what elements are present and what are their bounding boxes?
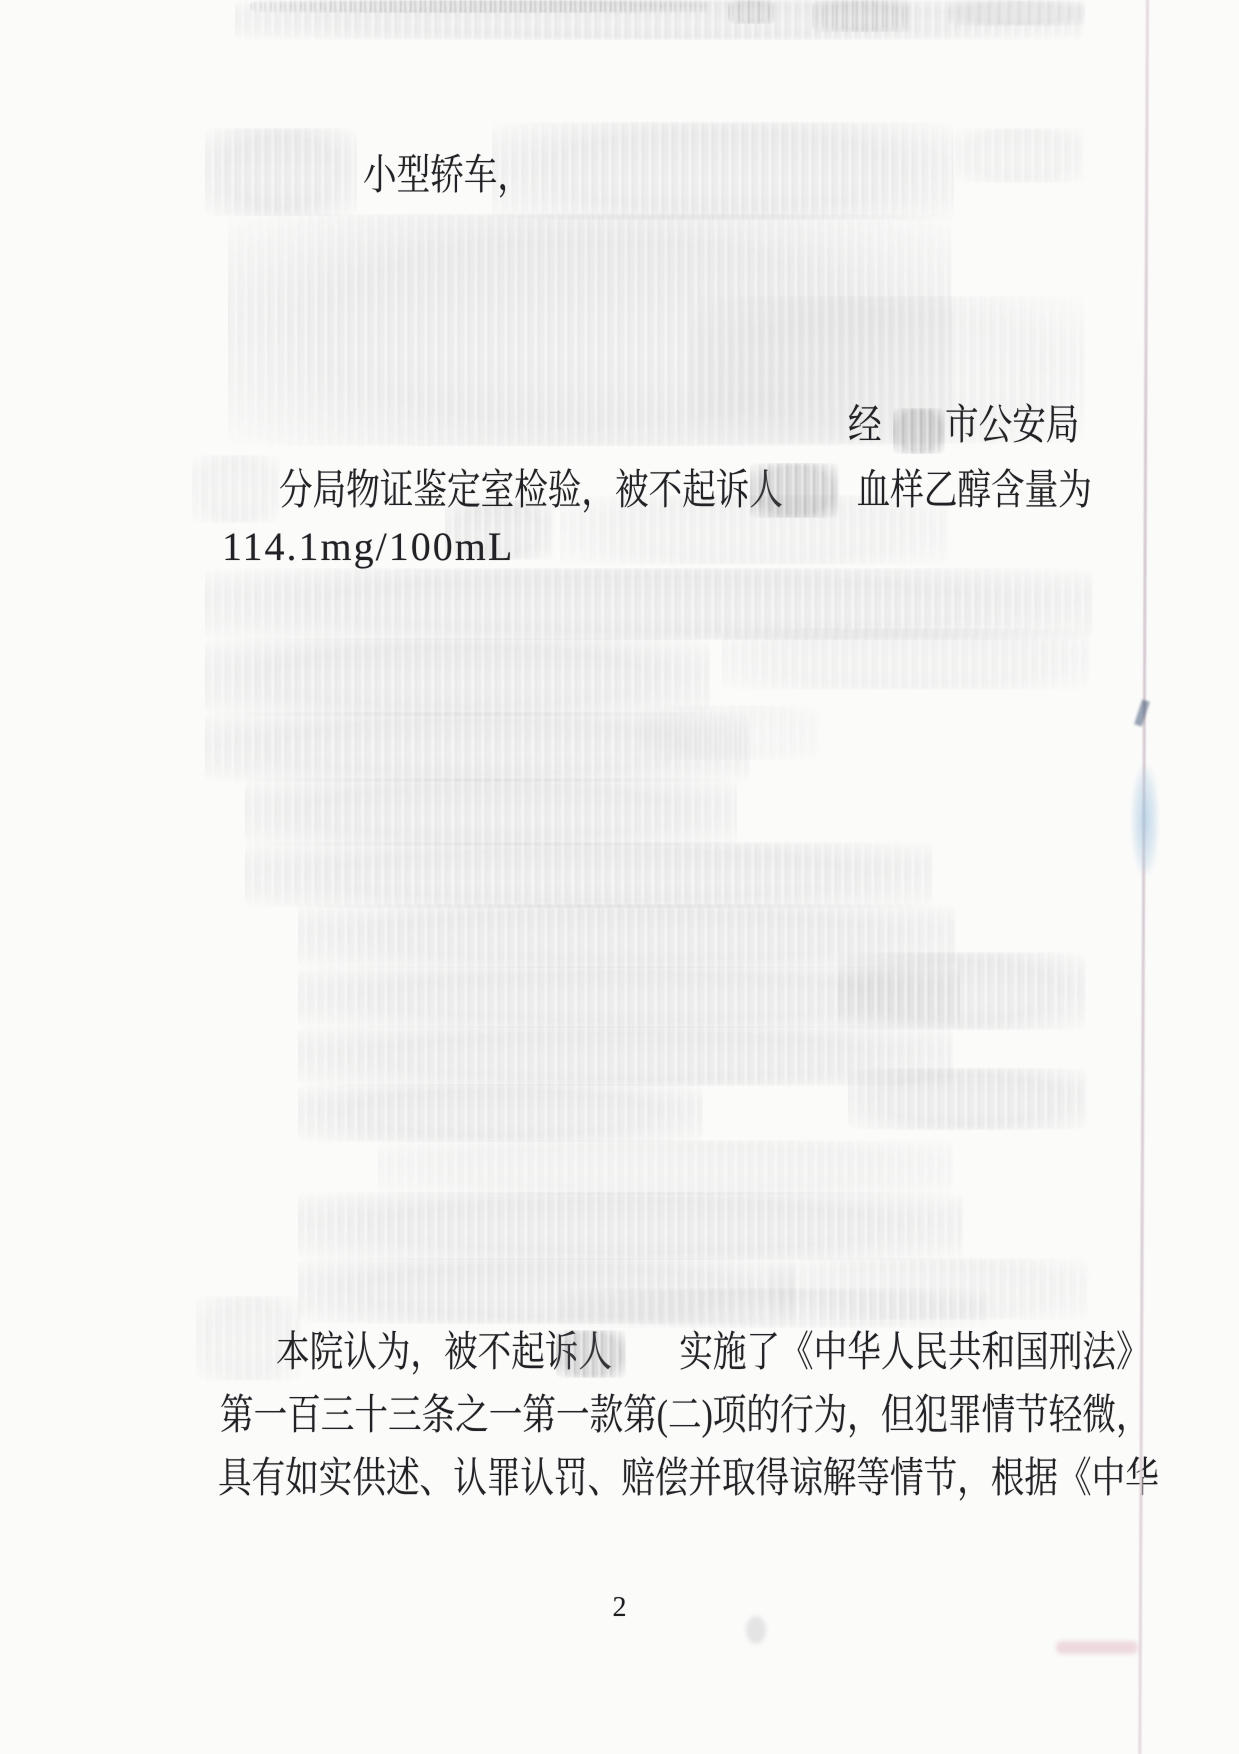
blue-ink-mark: [1132, 766, 1158, 874]
court-opinion-line: 本院认为，被不起诉人实施了《中华人民共和国刑法》: [276, 1326, 1150, 1377]
redaction-smudge: [640, 705, 820, 760]
redacted-city-name: [893, 408, 945, 454]
redaction-smudge: [722, 628, 1090, 690]
mitigating-circumstances-line: 具有如实供述、认罪认罚、赔偿并取得谅解等情节，根据《中华: [218, 1455, 1159, 1503]
redacted-person-name: [556, 1330, 626, 1378]
court-opinion-suffix: 实施了《中华人民共和国刑法》: [679, 1330, 1149, 1376]
forensic-line-prefix: 分局物证鉴定室检验，被不起诉人: [279, 468, 783, 514]
redaction-smudge: [298, 1084, 703, 1142]
blood-alcohol-value: 114.1mg/100mL: [222, 524, 514, 570]
forensic-line: 分局物证鉴定室检验，被不起诉人血样乙醇含量为: [279, 464, 1092, 515]
criminal-law-article-line: 第一百三十三条之一第一款第(二)项的行为，但犯罪情节轻微，: [220, 1392, 1150, 1440]
bureau-line-suffix: 市公安局: [945, 402, 1079, 450]
redaction-smudge: [838, 952, 1086, 1030]
bureau-line-prefix: 经: [848, 402, 882, 450]
pink-scan-mark: [1056, 1641, 1138, 1654]
page-number: 2: [0, 1592, 1239, 1624]
vehicle-type-text: 小型轿车，: [363, 152, 531, 200]
redaction-smudge: [955, 128, 1085, 183]
redaction-smudge: [192, 455, 280, 523]
redaction-smudge: [812, 0, 912, 32]
redacted-person-name: [750, 463, 840, 518]
redaction-smudge: [298, 1192, 963, 1260]
forensic-line-suffix: 血样乙醇含量为: [857, 468, 1092, 514]
redaction-smudge: [205, 638, 710, 716]
redaction-smudge: [205, 128, 357, 216]
redaction-smudge: [250, 0, 710, 13]
redaction-smudge: [728, 0, 776, 24]
redaction-smudge: [560, 1288, 990, 1328]
redaction-smudge: [245, 842, 933, 908]
redaction-smudge: [848, 1068, 1088, 1130]
redaction-smudge: [948, 0, 1086, 26]
redaction-smudge: [492, 122, 954, 220]
scanned-document-page: 小型轿车， 经 市公安局 分局物证鉴定室检验，被不起诉人血样乙醇含量为 114.…: [0, 0, 1239, 1754]
redaction-smudge: [378, 1140, 953, 1195]
gray-scan-speck: [746, 1616, 766, 1644]
redaction-smudge: [245, 778, 737, 846]
blue-ink-speck: [1134, 699, 1150, 726]
